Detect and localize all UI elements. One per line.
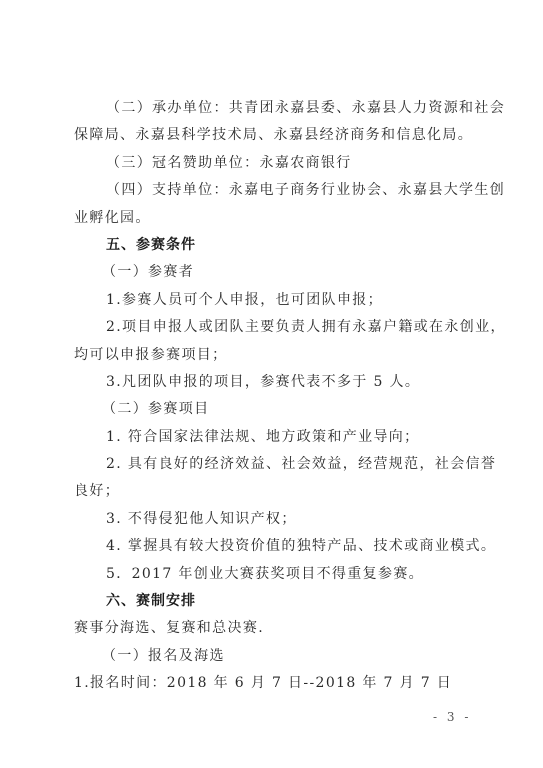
- paragraph-supporter-line1: （四）支持单位：永嘉电子商务行业协会、永嘉县大学生创: [74, 177, 478, 204]
- page-number: - 3 -: [433, 710, 471, 724]
- list-item: 3.凡团队申报的项目，参赛代表不多于 5 人。: [74, 369, 478, 396]
- paragraph-sponsor: （三）冠名赞助单位：永嘉农商银行: [74, 150, 478, 177]
- subheading-registration: （一）报名及海选: [74, 643, 478, 670]
- subheading-participants: （一）参赛者: [74, 259, 478, 286]
- list-item: 3. 不得侵犯他人知识产权；: [74, 506, 478, 533]
- list-item-continuation: 均可以申报参赛项目；: [74, 342, 478, 369]
- subheading-projects: （二）参赛项目: [74, 396, 478, 423]
- list-item-continuation: 良好；: [74, 478, 478, 505]
- paragraph-organizer-line2: 保障局、永嘉县科学技术局、永嘉县经济商务和信息化局。: [74, 122, 478, 149]
- section-heading-schedule: 六、赛制安排: [74, 588, 478, 615]
- paragraph-stages: 赛事分海选、复赛和总决赛.: [74, 615, 478, 642]
- section-heading-conditions: 五、参赛条件: [74, 232, 478, 259]
- list-item: 5．2017 年创业大赛获奖项目不得重复参赛。: [74, 561, 478, 588]
- list-item: 4. 掌握具有较大投资价值的独特产品、技术或商业模式。: [74, 533, 478, 560]
- list-item: 2. 具有良好的经济效益、社会效益，经营规范，社会信誉: [74, 451, 478, 478]
- registration-time: 1.报名时间：2018 年 6 月 7 日--2018 年 7 月 7 日: [74, 670, 478, 697]
- list-item: 1.参赛人员可个人申报，也可团队申报；: [74, 287, 478, 314]
- document-page: （二）承办单位：共青团永嘉县委、永嘉县人力资源和社会 保障局、永嘉县科学技术局、…: [74, 95, 478, 698]
- list-item: 2.项目申报人或团队主要负责人拥有永嘉户籍或在永创业，: [74, 314, 478, 341]
- list-item: 1. 符合国家法律法规、地方政策和产业导向；: [74, 424, 478, 451]
- paragraph-organizer-line1: （二）承办单位：共青团永嘉县委、永嘉县人力资源和社会: [74, 95, 478, 122]
- paragraph-supporter-line2: 业孵化园。: [74, 205, 478, 232]
